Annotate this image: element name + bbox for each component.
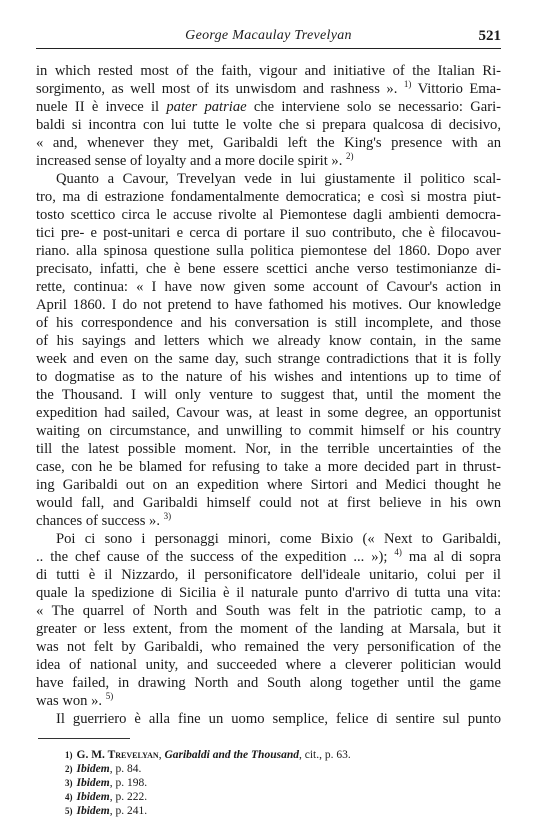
text-line: riano. alla spinosa questione sulla poli…	[36, 242, 501, 260]
footnote-citation: , p. 84.	[110, 763, 142, 775]
line-text: April 1860. I do not pretend to have fat…	[36, 297, 501, 313]
text-line: have failed, in drawing North and South …	[36, 674, 501, 692]
running-header: George Macaulay Trevelyan 521	[36, 28, 501, 49]
text-line: chances of success ». 3)	[36, 512, 501, 530]
line-text: sorgimento, as well most of its unwisdom…	[36, 81, 404, 97]
text-line: was won ». 5)	[36, 692, 501, 710]
text-line: precisato, infatti, che è bene essere sc…	[36, 260, 501, 278]
footnote: 1)G. M. Trevelyan, Garibaldi and the Tho…	[65, 748, 351, 762]
line-text: che interviene solo se necessario: Gari-	[247, 99, 501, 115]
text-line: of his correspondence and his conversati…	[36, 314, 501, 332]
line-text: .. the chef cause of the success of the …	[36, 549, 394, 565]
italic-text: pater patriae	[166, 99, 246, 115]
text-line: week and even on the same day, such stra…	[36, 350, 501, 368]
footnote: 5)Ibidem, p. 241.	[65, 804, 351, 818]
text-line: would fall, and Garibaldi himself could …	[36, 494, 501, 512]
line-text: Quanto a Cavour, Trevelyan vede in lui g…	[56, 171, 501, 187]
text-line: case, con he be blamed for refusing to t…	[36, 458, 501, 476]
text-line: in which rested most of the faith, vigou…	[36, 62, 501, 80]
line-text: waiting on circumstance, and unwilling t…	[36, 423, 501, 439]
line-text: was not felt by Garibaldi, who remained …	[36, 639, 501, 655]
footnote-number: 5)	[65, 806, 73, 816]
footnote: 3)Ibidem, p. 198.	[65, 776, 351, 790]
line-text: « and, whenever they met, Garibaldi left…	[36, 135, 501, 151]
text-line: sorgimento, as well most of its unwisdom…	[36, 80, 501, 98]
line-text: ma al di sopra	[402, 549, 501, 565]
text-line: till the latest possible moment. Nor, in…	[36, 440, 501, 458]
text-line: « The quarrel of North and South was fel…	[36, 602, 501, 620]
line-text: nuele II è invece il	[36, 99, 166, 115]
footnote-title: Ibidem	[77, 791, 110, 803]
line-text: of his sayings and letters which we alre…	[36, 333, 501, 349]
line-text: was won ».	[36, 693, 106, 709]
text-line: increased sense of loyalty and a more do…	[36, 152, 501, 170]
footnote-author: G. M. Trevelyan	[77, 749, 159, 761]
line-text: till the latest possible moment. Nor, in…	[36, 441, 501, 457]
footnote-title: Ibidem	[77, 763, 110, 775]
text-line: of his sayings and letters which we alre…	[36, 332, 501, 350]
text-line: the Thousand. I will only venture to sug…	[36, 386, 501, 404]
footnote-number: 3)	[65, 778, 73, 788]
text-line: ing Garibaldi out on an expedition where…	[36, 476, 501, 494]
footnote-number: 2)	[65, 764, 73, 774]
text-line: greater or less extent, from the moment …	[36, 620, 501, 638]
text-line: was not felt by Garibaldi, who remained …	[36, 638, 501, 656]
line-text: in which rested most of the faith, vigou…	[36, 63, 501, 79]
line-text: the Thousand. I will only venture to sug…	[36, 387, 501, 403]
text-line: to dogmatise as to the nature of his wis…	[36, 368, 501, 386]
text-line: Il guerriero è alla fine un uomo semplic…	[36, 710, 501, 728]
footnote-ref: 2)	[346, 151, 354, 161]
page-number: 521	[479, 28, 502, 45]
line-text: week and even on the same day, such stra…	[36, 351, 501, 367]
line-text: increased sense of loyalty and a more do…	[36, 153, 346, 169]
line-text: quale la spedizione di Sicilia è il natu…	[36, 585, 501, 601]
line-text: di tutti è il Nizzardo, il personificato…	[36, 567, 501, 583]
line-text: Poi ci sono i personaggi minori, come Bi…	[56, 531, 501, 547]
line-text: tro, ma di estrazione fondamentalmente d…	[36, 189, 501, 205]
footnote-citation: , cit., p. 63.	[299, 749, 351, 761]
footnote: 4)Ibidem, p. 222.	[65, 790, 351, 804]
text-line: Quanto a Cavour, Trevelyan vede in lui g…	[36, 170, 501, 188]
line-text: ing Garibaldi out on an expedition where…	[36, 477, 501, 493]
line-text: chances of success ».	[36, 513, 164, 529]
text-line: waiting on circumstance, and unwilling t…	[36, 422, 501, 440]
line-text: greater or less extent, from the moment …	[36, 621, 501, 637]
footnote-citation: , p. 241.	[110, 805, 147, 817]
text-line: rette, continua: « I have now given some…	[36, 278, 501, 296]
footnote-ref: 3)	[164, 511, 172, 521]
text-line: tosto scettico circa le accuse rivolte a…	[36, 206, 501, 224]
line-text: would fall, and Garibaldi himself could …	[36, 495, 501, 511]
line-text: expedition had sailed, Cavour was, at le…	[36, 405, 501, 421]
line-text: Vittorio Ema-	[411, 81, 501, 97]
line-text: tosto scettico circa le accuse rivolte a…	[36, 207, 501, 223]
footnotes: 1)G. M. Trevelyan, Garibaldi and the Tho…	[65, 748, 351, 818]
footnote-separator	[38, 738, 130, 739]
text-line: April 1860. I do not pretend to have fat…	[36, 296, 501, 314]
text-line: idea of national unity, and succeeded wh…	[36, 656, 501, 674]
line-text: riano. alla spinosa questione sulla poli…	[36, 243, 501, 259]
footnote-number: 1)	[65, 750, 73, 760]
text-line: tro, ma di estrazione fondamentalmente d…	[36, 188, 501, 206]
footnote-title: Ibidem	[77, 805, 110, 817]
line-text: baldi si incontra con lui tutte le volte…	[36, 117, 501, 133]
text-line: nuele II è invece il pater patriae che i…	[36, 98, 501, 116]
footnote-ref: 4)	[394, 547, 402, 557]
line-text: rette, continua: « I have now given some…	[36, 279, 501, 295]
line-text: tici pre- e post-unitari e cerca di port…	[36, 225, 501, 241]
line-text: « The quarrel of North and South was fel…	[36, 603, 501, 619]
line-text: have failed, in drawing North and South …	[36, 675, 501, 691]
footnote-number: 4)	[65, 792, 73, 802]
line-text: to dogmatise as to the nature of his wis…	[36, 369, 501, 385]
line-text: of his correspondence and his conversati…	[36, 315, 501, 331]
text-line: Poi ci sono i personaggi minori, come Bi…	[36, 530, 501, 548]
line-text: Il guerriero è alla fine un uomo semplic…	[56, 711, 501, 727]
footnote-title: Garibaldi and the Thousand	[164, 749, 299, 761]
line-text: idea of national unity, and succeeded wh…	[36, 657, 501, 673]
text-line: expedition had sailed, Cavour was, at le…	[36, 404, 501, 422]
footnote-ref: 5)	[106, 691, 114, 701]
text-line: « and, whenever they met, Garibaldi left…	[36, 134, 501, 152]
body-text: in which rested most of the faith, vigou…	[36, 62, 501, 728]
footnote-citation: , p. 222.	[110, 791, 147, 803]
text-line: tici pre- e post-unitari e cerca di port…	[36, 224, 501, 242]
text-line: quale la spedizione di Sicilia è il natu…	[36, 584, 501, 602]
line-text: case, con he be blamed for refusing to t…	[36, 459, 501, 475]
text-line: di tutti è il Nizzardo, il personificato…	[36, 566, 501, 584]
footnote: 2)Ibidem, p. 84.	[65, 762, 351, 776]
running-title: George Macaulay Trevelyan	[36, 28, 501, 44]
footnote-title: Ibidem	[77, 777, 110, 789]
text-line: baldi si incontra con lui tutte le volte…	[36, 116, 501, 134]
text-line: .. the chef cause of the success of the …	[36, 548, 501, 566]
footnote-citation: , p. 198.	[110, 777, 147, 789]
line-text: precisato, infatti, che è bene essere sc…	[36, 261, 501, 277]
